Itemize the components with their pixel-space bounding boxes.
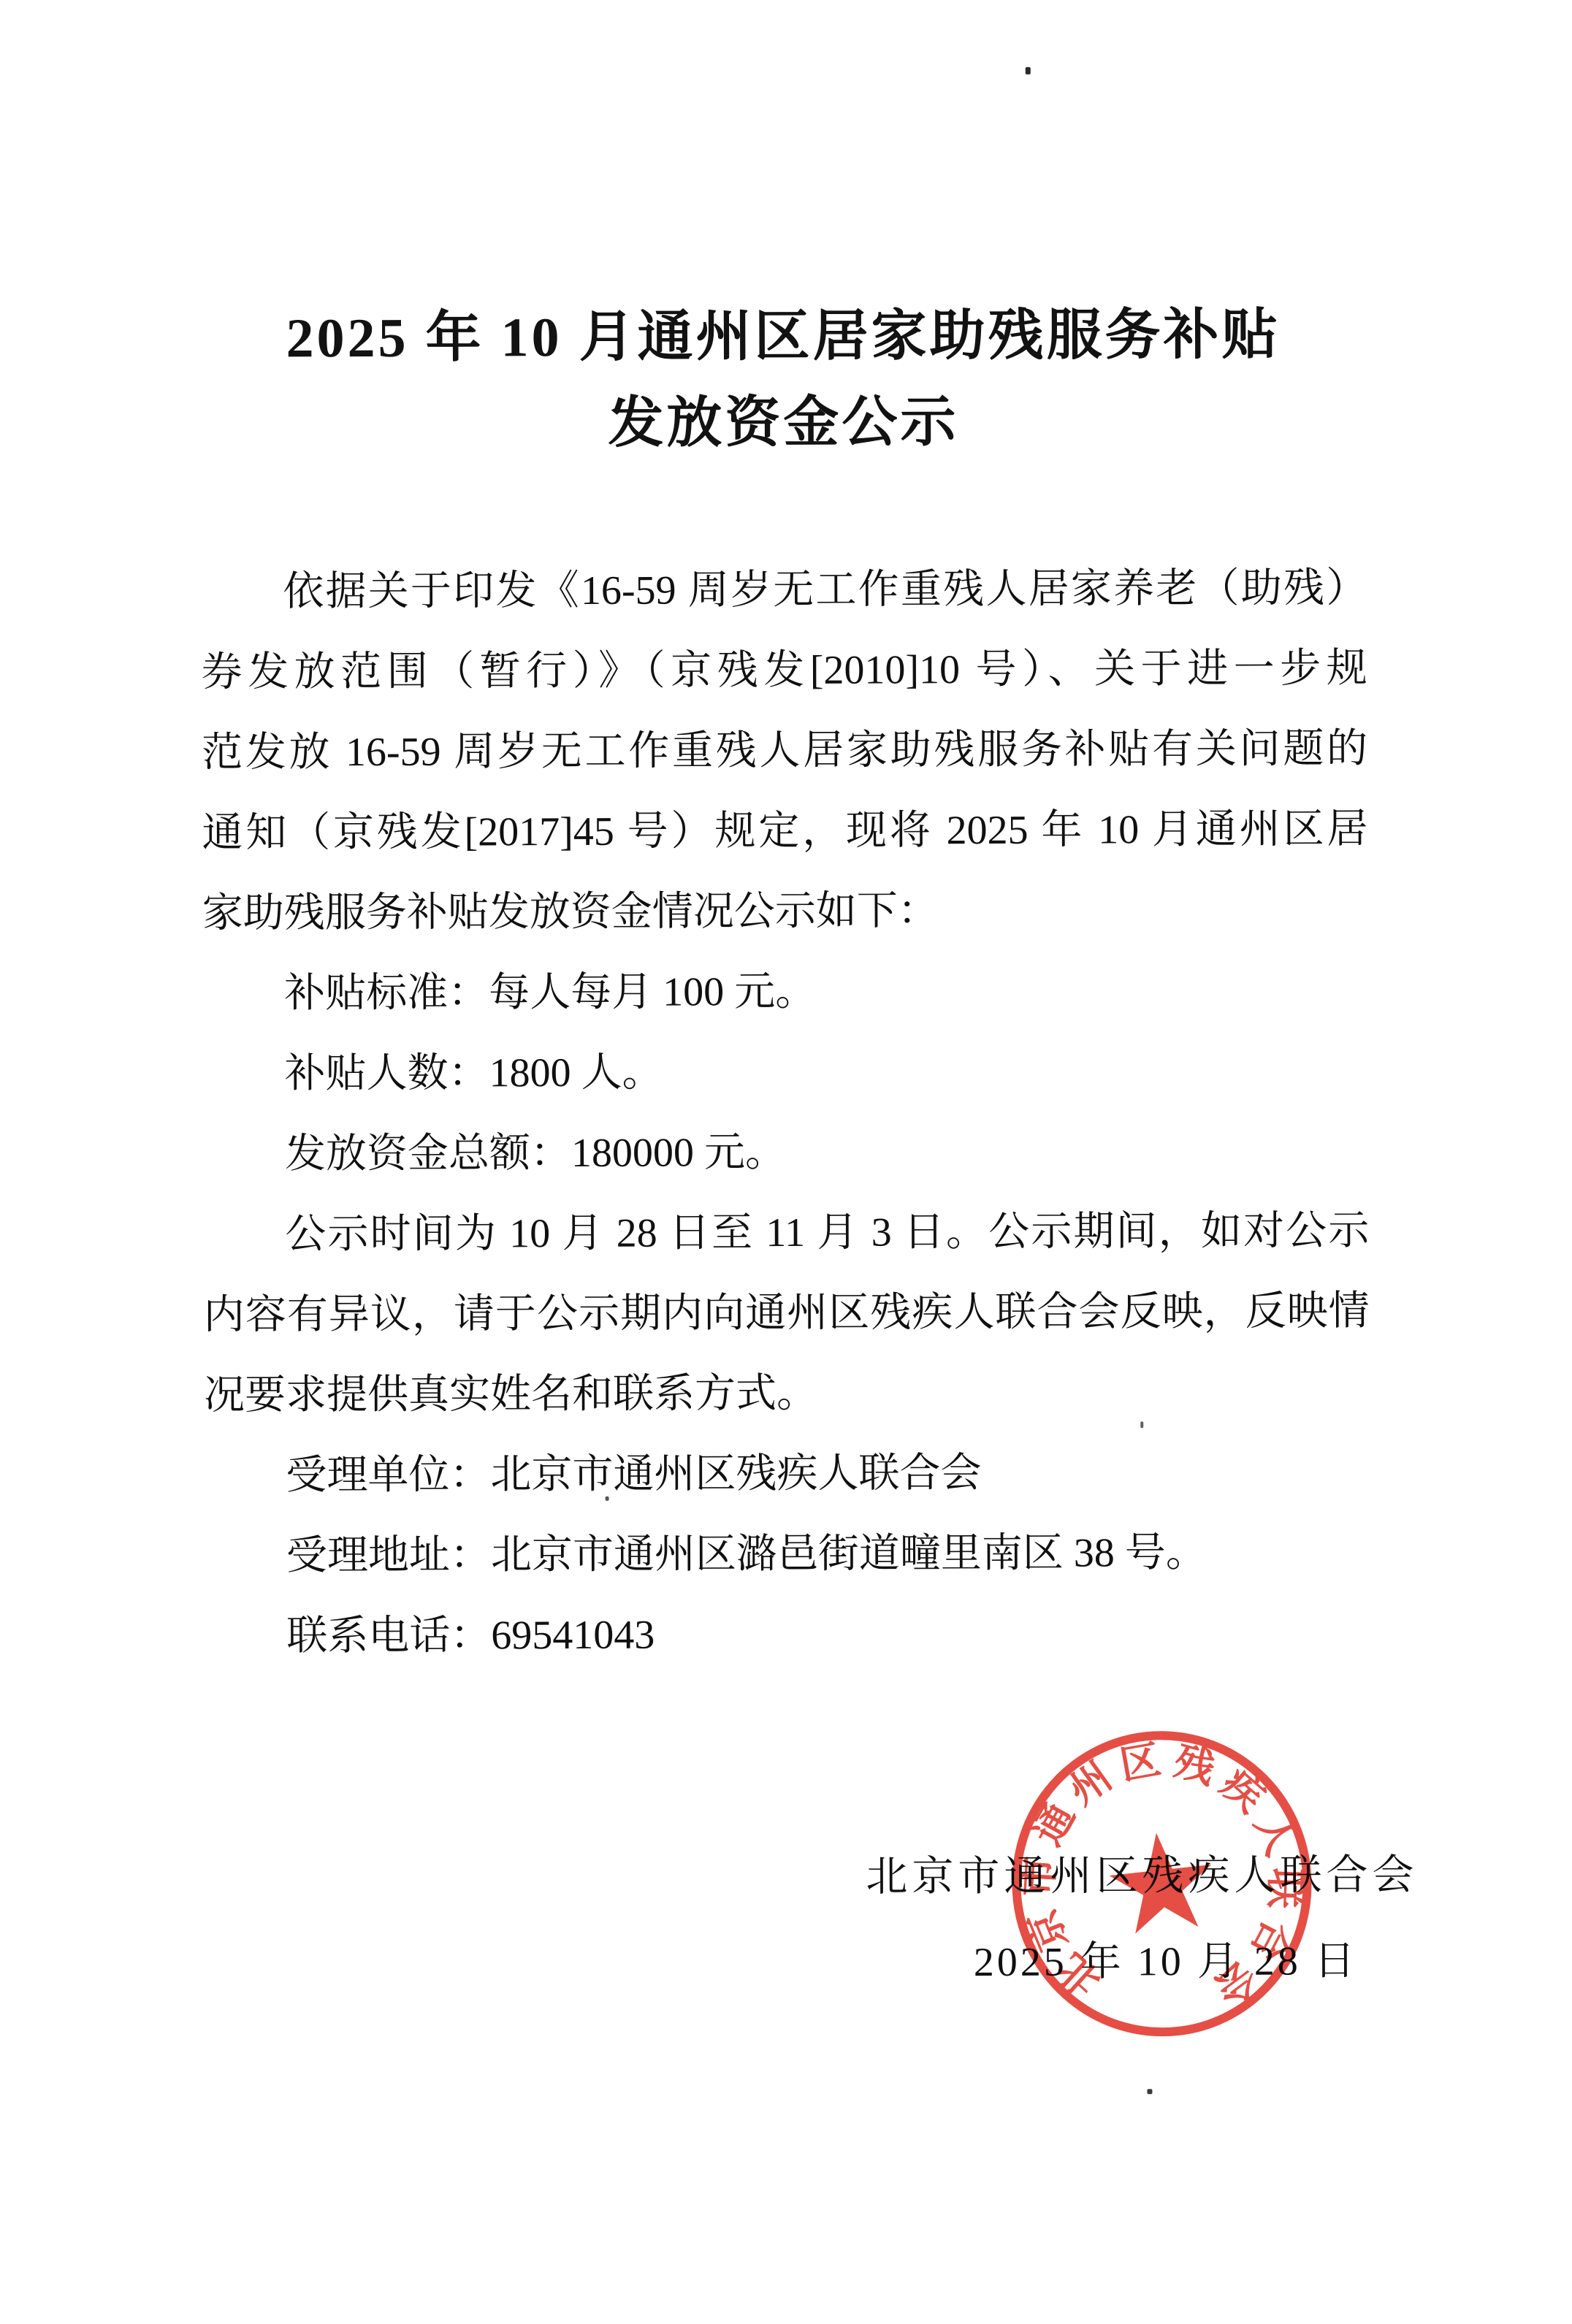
title-line-1: 2025 年 10 月通州区居家助残服务补贴 bbox=[0, 291, 1569, 383]
body-line-subsidy-count: 补贴人数：1800 人。 bbox=[202, 1030, 1368, 1115]
document-body: 依据关于印发《16-59 周岁无工作重残人居家养老（助残） 券发放范围（暂行）》… bbox=[201, 548, 1370, 1677]
body-line: 公示时间为 10 月 28 日至 11 月 3 日。公示期间，如对公示 bbox=[203, 1190, 1369, 1275]
body-line: 内容有异议，请于公示期内向通州区残疾人联合会反映，反映情 bbox=[204, 1271, 1370, 1356]
seal-graphic: 北京市通州区残疾人联合会 bbox=[985, 1707, 1339, 2061]
title-line-2: 发放资金公示 bbox=[0, 377, 1570, 469]
body-line-accepting-unit: 受理单位：北京市通州区残疾人联合会 bbox=[204, 1432, 1370, 1516]
scan-artifact-dot bbox=[606, 1497, 609, 1501]
document-title: 2025 年 10 月通州区居家助残服务补贴 发放资金公示 bbox=[0, 291, 1570, 469]
body-line-accepting-address: 受理地址：北京市通州区潞邑街道疃里南区 38 号。 bbox=[205, 1512, 1370, 1597]
body-line: 通知（京残发[2017]45 号）规定，现将 2025 年 10 月通州区居 bbox=[202, 789, 1367, 874]
body-line: 券发放范围（暂行）》（京残发[2010]10 号）、关于进一步规 bbox=[201, 628, 1367, 713]
seal-star-icon bbox=[1105, 1827, 1218, 1935]
body-line: 范发放 16-59 周岁无工作重残人居家助残服务补贴有关问题的 bbox=[202, 708, 1367, 793]
document-page: 2025 年 10 月通州区居家助残服务补贴 发放资金公示 依据关于印发《16-… bbox=[0, 0, 1572, 2324]
scan-artifact-dot bbox=[1140, 1421, 1143, 1428]
body-line-subsidy-standard: 补贴标准：每人每月 100 元。 bbox=[202, 949, 1368, 1034]
body-line: 依据关于印发《16-59 周岁无工作重残人居家养老（助残） bbox=[201, 548, 1367, 632]
body-line-contact-phone: 联系电话：69541043 bbox=[205, 1592, 1370, 1677]
scan-artifact-dot bbox=[1147, 2089, 1152, 2094]
scanned-content: 2025 年 10 月通州区居家助残服务补贴 发放资金公示 依据关于印发《16-… bbox=[0, 0, 1572, 2324]
body-line: 家助残服务补贴发放资金情况公示如下： bbox=[202, 869, 1368, 954]
body-line-total-amount: 发放资金总额：180000 元。 bbox=[203, 1110, 1369, 1195]
scan-artifact-dot bbox=[1026, 67, 1031, 74]
official-seal-stamp: 北京市通州区残疾人联合会 bbox=[985, 1707, 1339, 2061]
body-line: 况要求提供真实姓名和联系方式。 bbox=[204, 1351, 1370, 1436]
